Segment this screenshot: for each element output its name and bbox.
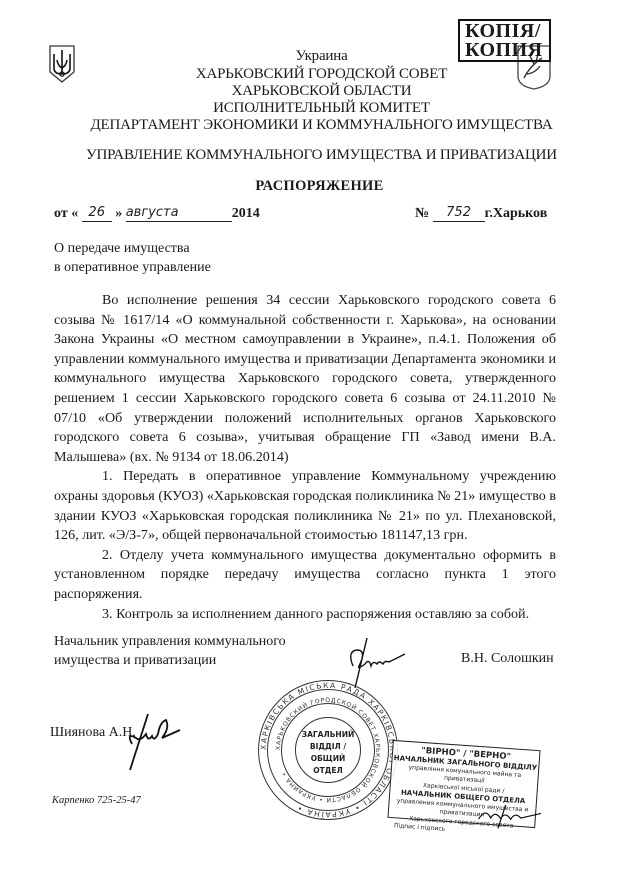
header-country: Украина [12, 47, 619, 65]
document-number: 752 [433, 206, 485, 222]
date-day: 26 [82, 206, 112, 222]
date-prefix: от « [54, 206, 78, 221]
header-department: ДЕПАРТАМЕНТ ЭКОНОМИКИ И КОММУНАЛЬНОГО ИМ… [12, 116, 619, 134]
date-month: августа [126, 206, 232, 222]
item-1: 1. Передать в оперативное управление Ком… [54, 467, 556, 545]
subject-line2: в оперативное управление [54, 258, 211, 277]
item-3: 3. Контроль за исполнением данного распо… [54, 605, 556, 625]
approver-signature [118, 712, 188, 777]
date-mid: » [115, 206, 122, 221]
header-division: УПРАВЛЕНИЕ КОММУНАЛЬНОГО ИМУЩЕСТВА И ПРИ… [12, 146, 619, 164]
document-type: РАСПОРЯЖЕНИЕ [10, 178, 619, 195]
seal-center-line3: ОБЩИЙ ОТДЕЛ [297, 753, 359, 777]
document-body: Во исполнение решения 34 сессии Харьковс… [54, 291, 556, 624]
document-city: г.Харьков [485, 206, 548, 221]
header-council: ХАРЬКОВСКИЙ ГОРОДСКОЙ СОВЕТ [12, 65, 619, 83]
subject: О передаче имущества в оперативное управ… [54, 239, 211, 277]
number-prefix: № [415, 206, 429, 221]
signer-name: В.Н. Солошкин [461, 651, 554, 667]
certification-stamp: "ВІРНО" / "ВЕРНО" НАЧАЛЬНИК ЗАГАЛЬНОГО В… [387, 740, 540, 828]
item-2: 2. Отделу учета коммунального имущества … [54, 546, 556, 605]
header-region: ХАРЬКОВСКОЙ ОБЛАСТИ [12, 82, 619, 100]
preamble: Во исполнение решения 34 сессии Харьковс… [54, 291, 556, 467]
seal-center: ЗАГАЛЬНИЙ ВІДДІЛ / ОБЩИЙ ОТДЕЛ [297, 729, 359, 777]
signer-position-line1: Начальник управления коммунального [54, 632, 286, 651]
signer-position-line2: имущества и приватизации [54, 651, 286, 670]
official-seal: ХАРКІВСЬКА МІСЬКА РАДА ХАРКІВСЬКОЇ ОБЛАС… [258, 680, 398, 820]
date-line: от « 26 » августа2014 [54, 206, 260, 222]
seal-center-line2: ВІДДІЛ / [297, 741, 359, 753]
subject-line1: О передаче имущества [54, 239, 211, 258]
header-committee: ИСПОЛНИТЕЛЬНЫЙ КОМИТЕТ [12, 99, 619, 117]
seal-center-line1: ЗАГАЛЬНИЙ [297, 729, 359, 741]
date-year: 2014 [232, 206, 260, 221]
number-line: № 752г.Харьков [415, 206, 547, 222]
signer-position: Начальник управления коммунального имуще… [54, 632, 286, 670]
executor-contact: Карпенко 725-25-47 [52, 795, 141, 806]
